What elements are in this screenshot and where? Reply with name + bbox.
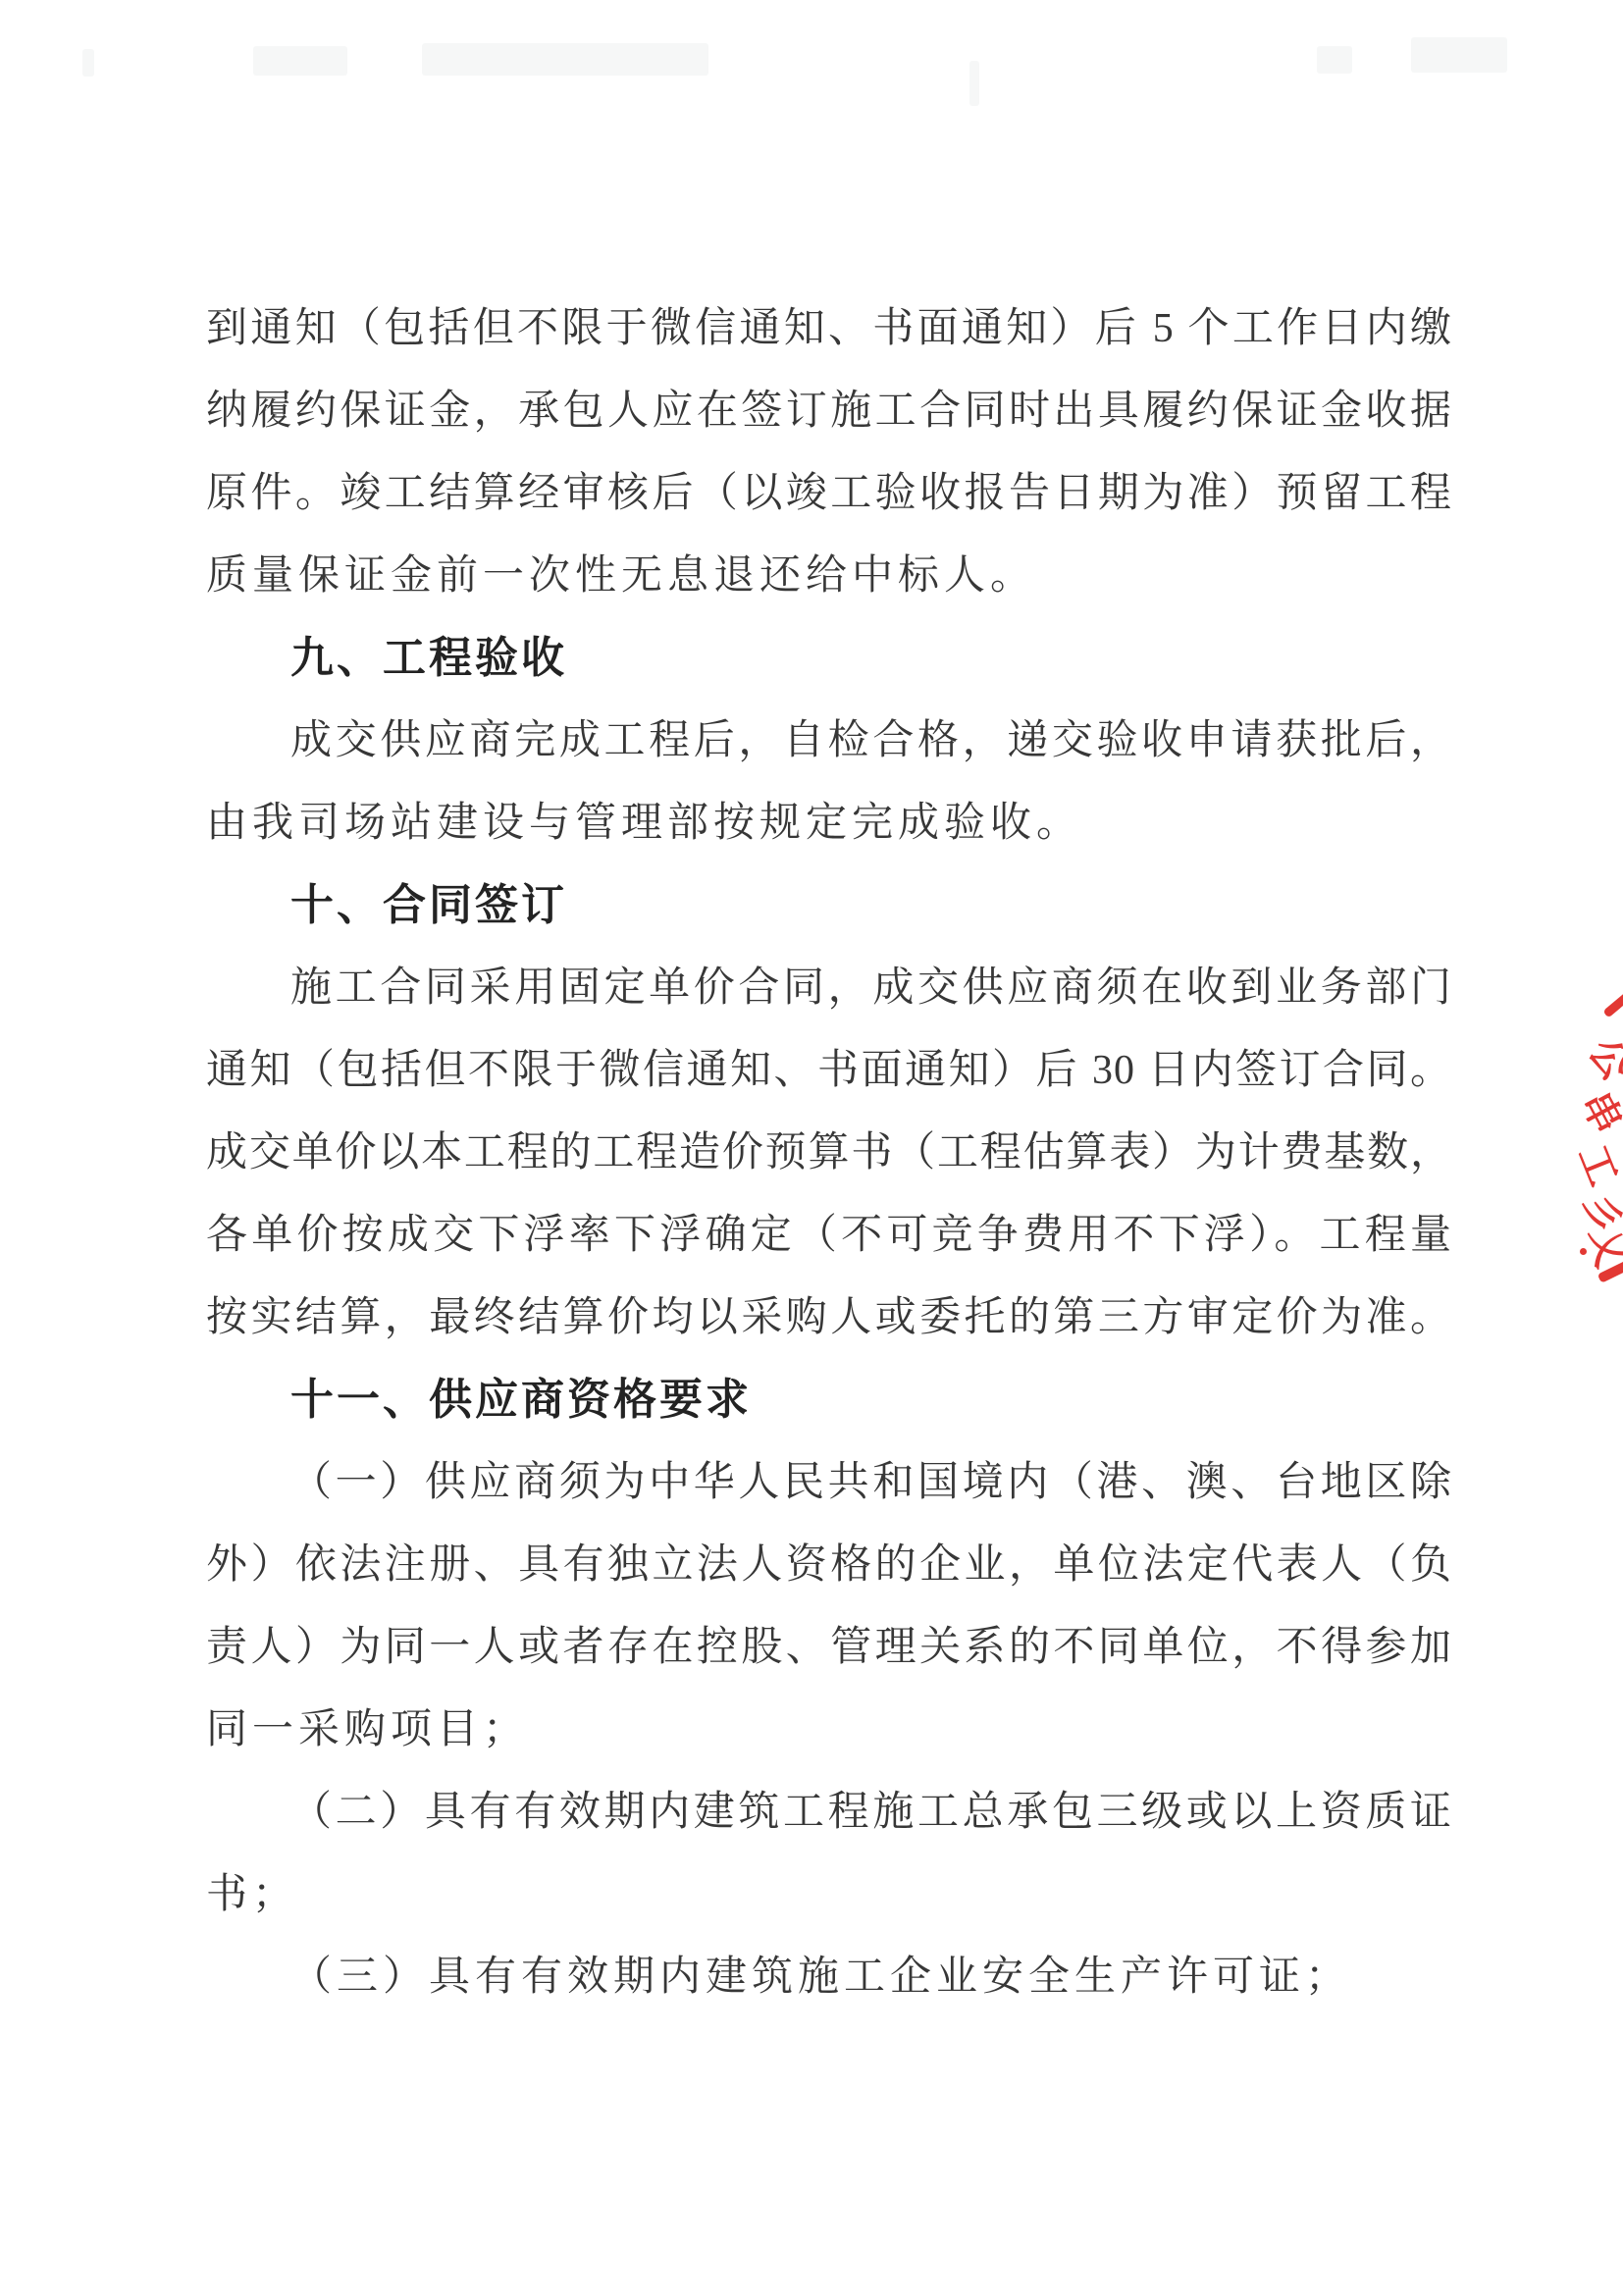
red-seal-fragment: 公 串 工 彡 乂 — [1566, 989, 1623, 1303]
text-line: 质量保证金前一次性无息退还给中标人。 — [206, 535, 1452, 617]
document-page: 到通知（包括但不限于微信通知、书面通知）后 5 个工作日内缴 纳履约保证金，承包… — [0, 0, 1623, 2296]
text-line: 外）依法注册、具有独立法人资格的企业，单位法定代表人（负 — [206, 1524, 1452, 1606]
scan-smudge — [253, 46, 347, 76]
document-body: 到通知（包括但不限于微信通知、书面通知）后 5 个工作日内缴 纳履约保证金，承包… — [206, 287, 1452, 2018]
seal-character: 工 — [1572, 1140, 1623, 1191]
section-heading-11: 十一、供应商资格要求 — [206, 1359, 1452, 1441]
text-line: 成交供应商完成工程后，自检合格，递交验收申请获批后， — [206, 700, 1452, 782]
scan-smudge — [1411, 37, 1507, 73]
scan-artifacts — [0, 0, 1623, 118]
seal-character: 串 — [1575, 1086, 1623, 1139]
text-line: 成交单价以本工程的工程造价预算书（工程估算表）为计费基数， — [206, 1112, 1452, 1194]
scan-smudge — [1317, 46, 1352, 74]
scan-smudge — [969, 61, 979, 106]
seal-dot — [1580, 1248, 1587, 1255]
section-heading-10: 十、合同签订 — [206, 864, 1452, 947]
text-line: 按实结算，最终结算价均以采购人或委托的第三方审定价为准。 — [206, 1277, 1452, 1359]
seal-arc-stroke — [1602, 988, 1623, 1018]
text-line: 原件。竣工结算经审核后（以竣工验收报告日期为准）预留工程 — [206, 452, 1452, 535]
text-line: （三）具有有效期内建筑施工企业安全生产许可证； — [206, 1936, 1452, 2018]
scan-smudge — [422, 43, 708, 76]
text-line: 责人）为同一人或者存在控股、管理关系的不同单位，不得参加 — [206, 1606, 1452, 1689]
text-line: 施工合同采用固定单价合同，成交供应商须在收到业务部门 — [206, 947, 1452, 1029]
text-line: 到通知（包括但不限于微信通知、书面通知）后 5 个工作日内缴 — [206, 287, 1452, 370]
text-line: 由我司场站建设与管理部按规定完成验收。 — [206, 782, 1452, 864]
seal-character: 公 — [1582, 1032, 1623, 1087]
section-heading-9: 九、工程验收 — [206, 617, 1452, 700]
text-line: （一）供应商须为中华人民共和国境内（港、澳、台地区除 — [206, 1441, 1452, 1524]
text-line: 书； — [206, 1853, 1452, 1936]
scan-smudge — [82, 49, 94, 77]
text-line: 纳履约保证金，承包人应在签订施工合同时出具履约保证金收据 — [206, 370, 1452, 452]
text-line: 各单价按成交下浮率下浮确定（不可竞争费用不下浮）。工程量 — [206, 1194, 1452, 1277]
text-line: 通知（包括但不限于微信通知、书面通知）后 30 日内签订合同。 — [206, 1029, 1452, 1112]
text-line: （二）具有有效期内建筑工程施工总承包三级或以上资质证 — [206, 1771, 1452, 1853]
text-line: 同一采购项目； — [206, 1689, 1452, 1771]
